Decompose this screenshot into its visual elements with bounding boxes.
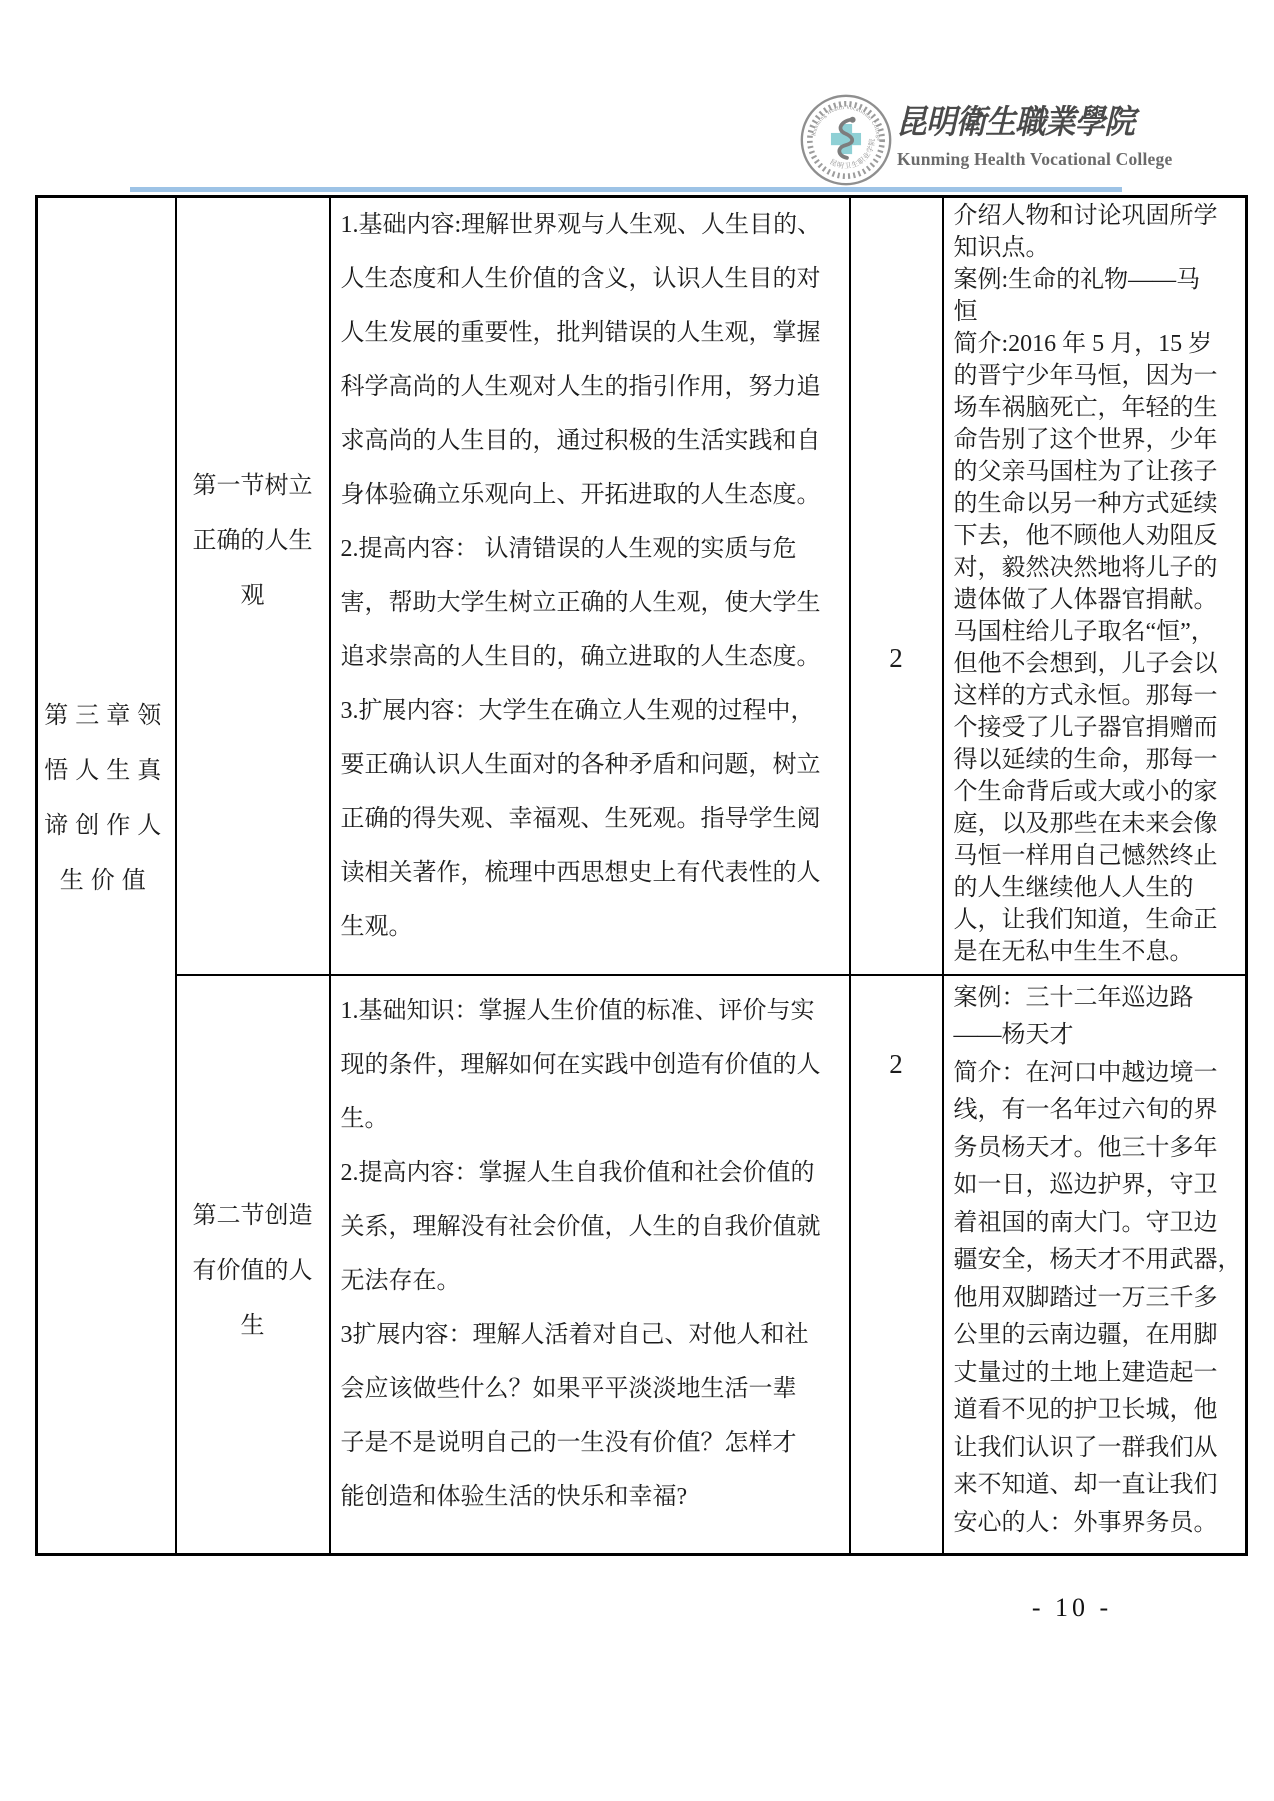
hours-value-1: 2	[851, 198, 942, 673]
college-name-english: Kunming Health Vocational College	[897, 149, 1157, 170]
section-cell-2: 第二节创造有价值的人生	[176, 975, 330, 1555]
page-header: Kunming Health Vocational College 昆明卫生职业…	[0, 0, 1274, 190]
hours-cell-2: 2	[850, 975, 943, 1555]
case-cell-2: 案例：三十二年巡边路 ——杨天才 简介：在河口中越边境一 线，有一名年过六旬的界…	[943, 975, 1247, 1555]
chapter-title: 第三章领悟人生真谛创作人生价值	[42, 689, 170, 909]
header-accent-line	[130, 187, 1122, 192]
content-text-2: 1.基础知识：掌握人生价值的标准、评价与实 现的条件，理解如何在实践中创造有价值…	[331, 976, 849, 1524]
section-title-1: 第一节树立正确的人生观	[191, 459, 315, 624]
document-page: Kunming Health Vocational College 昆明卫生职业…	[0, 0, 1274, 1801]
content-text-1: 1.基础内容:理解世界观与人生观、人生目的、 人生态度和人生价值的含义，认识人生…	[331, 198, 849, 954]
content-cell-1: 1.基础内容:理解世界观与人生观、人生目的、 人生态度和人生价值的含义，认识人生…	[330, 197, 850, 975]
college-seal-icon: Kunming Health Vocational College 昆明卫生职业…	[799, 93, 893, 187]
content-cell-2: 1.基础知识：掌握人生价值的标准、评价与实 现的条件，理解如何在实践中创造有价值…	[330, 975, 850, 1555]
section-title-2: 第二节创造有价值的人生	[191, 1189, 315, 1354]
page-number: - 10 -	[1012, 1593, 1132, 1623]
case-cell-1: 介绍人物和讨论巩固所学 知识点。 案例:生命的礼物——马 恒 简介:2016 年…	[943, 197, 1247, 975]
case-text-2: 案例：三十二年巡边路 ——杨天才 简介：在河口中越边境一 线，有一名年过六旬的界…	[944, 976, 1246, 1543]
syllabus-table: 第三章领悟人生真谛创作人生价值 第一节树立正确的人生观 1.基础内容:理解世界观…	[35, 195, 1248, 1556]
section-cell-1: 第一节树立正确的人生观	[176, 197, 330, 975]
hours-cell-1: 2	[850, 197, 943, 975]
chapter-cell: 第三章领悟人生真谛创作人生价值	[37, 197, 176, 1555]
college-name-calligraphy: 昆明衛生職業學院	[896, 96, 1129, 148]
case-text-1: 介绍人物和讨论巩固所学 知识点。 案例:生命的礼物——马 恒 简介:2016 年…	[944, 198, 1246, 968]
hours-value-2: 2	[851, 976, 942, 1079]
